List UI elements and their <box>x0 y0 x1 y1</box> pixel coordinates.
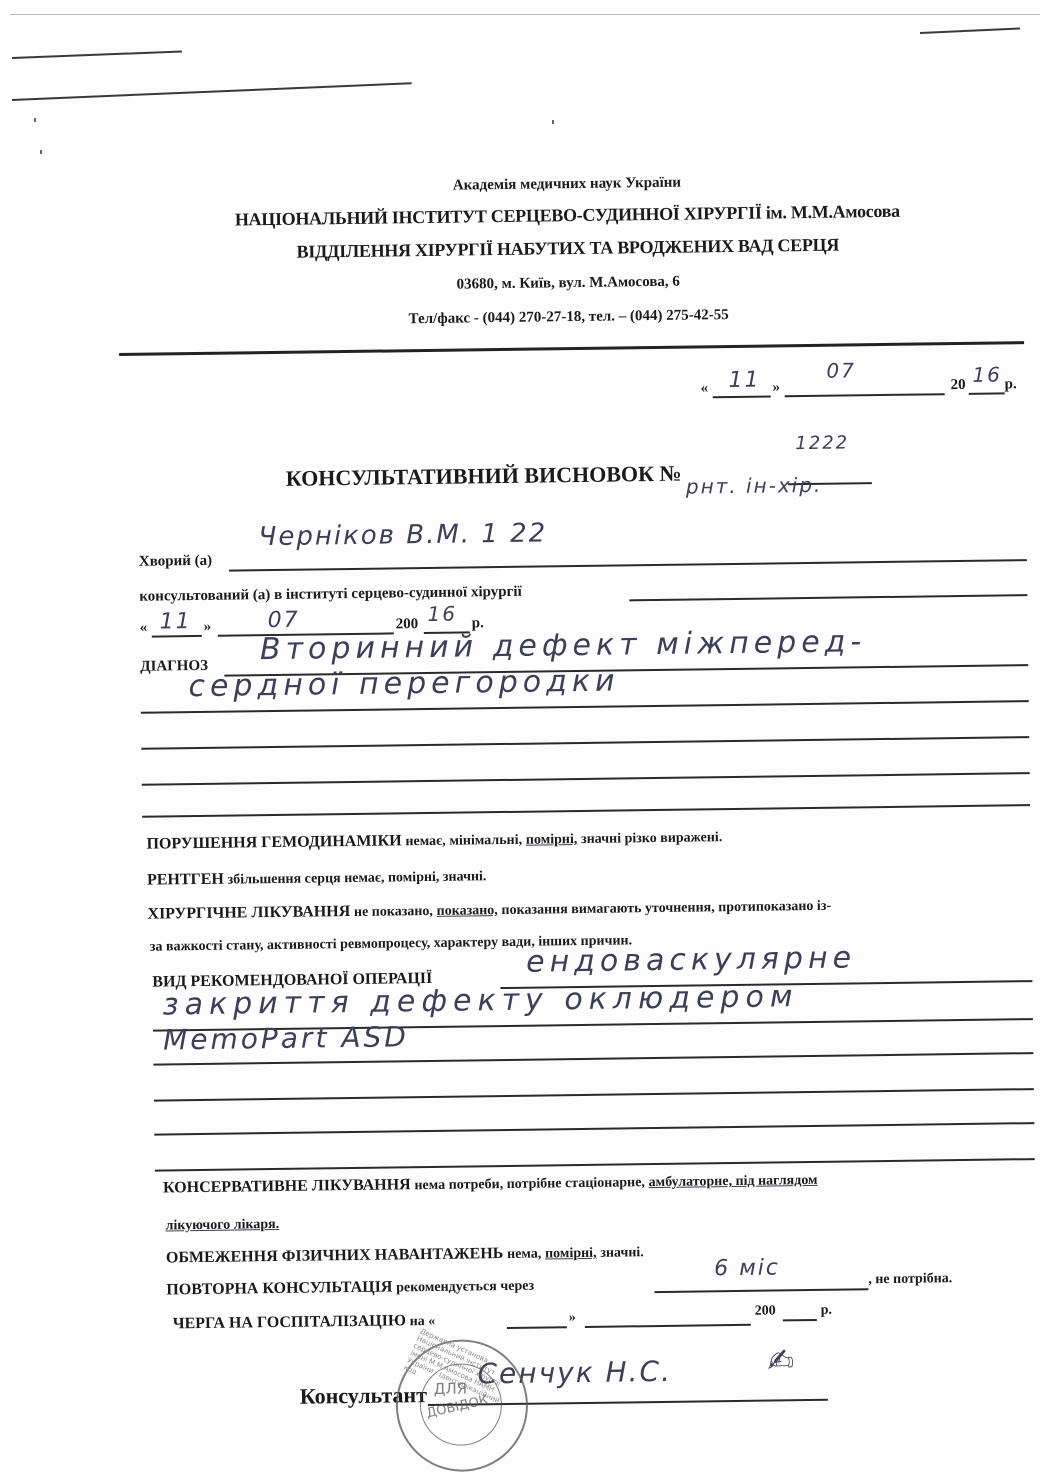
issue-day-value: 11 <box>728 368 760 393</box>
hemodynamics-option: мінімальні, <box>449 833 522 849</box>
consulted-month: 07 <box>267 608 299 633</box>
conservative-row: КОНСЕРВАТИВНЕ ЛІКУВАННЯ нема потреби, по… <box>163 1171 818 1198</box>
institute-name: НАЦІОНАЛЬНИЙ ІНСТИТУТ СЕРЦЕВО-СУДИННОЇ Х… <box>112 199 1022 232</box>
physical-option: значні. <box>600 1245 644 1261</box>
queue-year-label: р. <box>821 1303 833 1319</box>
diagnosis-line-3 <box>141 736 1029 749</box>
repeat-after: , не потрібна. <box>868 1271 952 1288</box>
consulted-quote-close: » <box>204 619 212 636</box>
operation-line-6 <box>155 1158 1035 1171</box>
queue-month-line <box>585 1324 751 1328</box>
surgery-option-selected: показано, <box>437 903 498 919</box>
diagnosis-text-1: Вторинний дефект міжперед- <box>260 624 867 667</box>
patient-line <box>229 559 1027 571</box>
surgery-option: не показано, <box>354 904 433 920</box>
academy-name: Академія медичних наук України <box>112 170 1022 199</box>
repeat-line <box>654 1288 868 1292</box>
queue-row: ЧЕРГА НА ГОСПІТАЛІЗАЦІЮ на « <box>173 1312 436 1333</box>
patient-name: Черніков В.М. 1 22 <box>258 518 547 552</box>
repeat-row: ПОВТОРНА КОНСУЛЬТАЦІЯ рекомендується чер… <box>166 1277 534 1300</box>
xray-text: збільшення серця немає, помірні, значні. <box>228 869 487 887</box>
diagnosis-text-2: сердної перегородки <box>188 663 619 704</box>
xray-row: РЕНТГЕН збільшення серця немає, помірні,… <box>147 867 487 889</box>
operation-line-5 <box>154 1122 1034 1135</box>
letterhead-divider <box>119 341 1024 355</box>
conservative-line-2-text: лікуючого лікаря. <box>165 1217 279 1233</box>
diagnosis-line-4 <box>142 772 1030 785</box>
physical-label: ОБМЕЖЕННЯ ФІЗИЧНИХ НАВАНТАЖЕНЬ <box>166 1245 504 1266</box>
operation-text-3: MemoPart ASD <box>163 1020 409 1056</box>
repeat-text: рекомендується через <box>396 1279 534 1296</box>
patient-label: Хворий (а) <box>139 553 212 571</box>
consulted-day: 11 <box>159 609 191 634</box>
phones: Тел/факс - (044) 270-27-18, тел. – (044)… <box>114 303 1024 332</box>
quote-open: « <box>701 380 709 396</box>
consulted-line <box>629 594 1027 601</box>
operation-text-2: закриття дефекту оклюдером <box>162 979 798 1022</box>
hemodynamics-label: ПОРУШЕННЯ ГЕМОДИНАМІКИ <box>146 832 401 852</box>
surgery-row: ХІРУРГІЧНЕ ЛІКУВАННЯ не показано, показа… <box>147 897 831 924</box>
title-department-note: рнт. ін-хір. <box>686 473 823 499</box>
hemodynamics-option-selected: помірні, <box>526 832 578 848</box>
repeat-label: ПОВТОРНА КОНСУЛЬТАЦІЯ <box>166 1278 392 1298</box>
queue-year-prefix: 200 <box>755 1303 776 1319</box>
repeat-value: 6 міс <box>714 1255 780 1281</box>
hemodynamics-row: ПОРУШЕННЯ ГЕМОДИНАМІКИ немає, мінімальні… <box>146 828 722 854</box>
xray-label: РЕНТГЕН <box>147 871 224 889</box>
queue-close: » <box>569 1310 576 1326</box>
operation-text-1: ендоваскулярне <box>526 940 856 979</box>
consultant-signature: ✍ <box>767 1341 796 1379</box>
queue-label: ЧЕРГА НА ГОСПІТАЛІЗАЦІЮ <box>173 1312 406 1332</box>
consultation-form: Академія медичних наук України НАЦІОНАЛЬ… <box>0 0 1042 1473</box>
conservative-label: КОНСЕРВАТИВНЕ ЛІКУВАННЯ <box>163 1176 411 1196</box>
conservative-option-selected: амбулаторне, під наглядом <box>649 1173 818 1190</box>
surgery-label: ХІРУРГІЧНЕ ЛІКУВАННЯ <box>147 903 350 923</box>
title-number-value: 1222 <box>795 432 849 454</box>
physical-option: нема, <box>507 1247 541 1262</box>
physical-option-selected: помірні, <box>545 1246 597 1262</box>
conservative-line-2: лікуючого лікаря. <box>165 1216 279 1234</box>
physical-row: ОБМЕЖЕННЯ ФІЗИЧНИХ НАВАНТАЖЕНЬ нема, пом… <box>166 1243 644 1267</box>
hemodynamics-option: значні різко виражені. <box>581 830 722 847</box>
surgery-option: показання вимагають уточнення, протипока… <box>501 899 831 918</box>
title-label: КОНСУЛЬТАТИВНИЙ ВИСНОВОК № <box>286 461 682 491</box>
operation-line-4 <box>154 1088 1034 1101</box>
issue-day-line <box>713 395 771 397</box>
official-stamp: Державна установа Національний інститут … <box>395 1339 529 1473</box>
hemodynamics-option: немає, <box>405 834 445 850</box>
consulted-year: 16 <box>427 602 457 626</box>
consulted-label: консультований (а) в інституті серцево-с… <box>139 584 522 606</box>
address: 03680, м. Київ, вул. М.Амосова, 6 <box>113 269 1023 298</box>
issue-month-line <box>785 393 945 397</box>
quote-close: » <box>773 379 781 396</box>
issue-date: « <box>701 380 709 397</box>
stamp-text-top: ДЛЯ <box>434 1380 468 1398</box>
issue-month-value: 07 <box>826 358 856 382</box>
diagnosis-line-5 <box>142 804 1030 817</box>
department-name: ВІДДІЛЕННЯ ХІРУРГІЇ НАБУТИХ ТА ВРОДЖЕНИХ… <box>113 232 1023 265</box>
issue-year-prefix: 20 <box>950 377 965 394</box>
issue-year-label: р. <box>1004 376 1016 393</box>
consulted-quote-open: « <box>140 620 148 637</box>
document-title: КОНСУЛЬТАТИВНИЙ ВИСНОВОК № <box>286 461 682 492</box>
issue-year-line <box>969 392 1005 394</box>
issue-year-value: 16 <box>972 362 1002 386</box>
conservative-option: нема потреби, потрібне стаціонарне, <box>414 1175 645 1193</box>
queue-year-line <box>783 1319 817 1321</box>
consulted-day-line <box>152 635 202 637</box>
queue-day-line <box>507 1326 567 1328</box>
